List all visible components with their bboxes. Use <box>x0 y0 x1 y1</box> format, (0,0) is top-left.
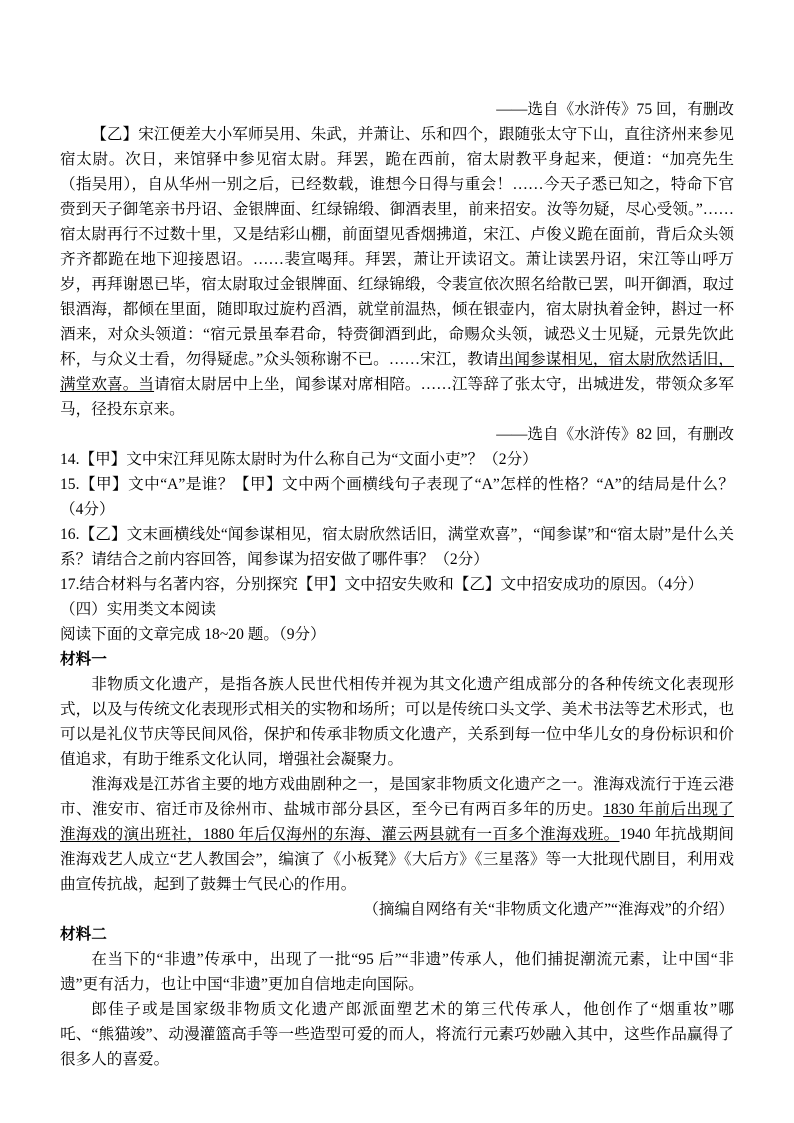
source-attribution-chapter-75: ——选自《水浒传》75 回，有删改 <box>60 97 734 122</box>
passage-yi-text-after-underline: 请宿太尉居中上坐，闻参谋对席相陪。……江等辞了张太守，出城进发，带领众多军马，径… <box>60 376 734 418</box>
material-1-source-attribution: （摘编自网络有关“非物质文化遗产”“淮海戏”的介绍） <box>60 897 734 922</box>
material-1-paragraph-1: 非物质文化遗产，是指各族人民世代相传并视为其文化遗产组成部分的各种传统文化表现形… <box>60 672 734 772</box>
passage-yi-text-before-underline: 【乙】宋江便差大小军师吴用、朱武，并萧让、乐和四个，跟随张太守下山，直往济州来参… <box>60 126 734 368</box>
section-4-instruction: 阅读下面的文章完成 18~20 题。（9分） <box>60 622 734 647</box>
source-attribution-chapter-82: ——选自《水浒传》82 回，有删改 <box>60 422 734 447</box>
material-1-title: 材料一 <box>60 647 734 672</box>
material-2-paragraph-2: 郎佳子或是国家级非物质文化遗产郎派面塑艺术的第三代传承人，他创作了“烟重妆”哪吒… <box>60 997 734 1072</box>
section-4-heading: （四）实用类文本阅读 <box>60 597 734 622</box>
passage-yi: 【乙】宋江便差大小军师吴用、朱武，并萧让、乐和四个，跟随张太守下山，直往济州来参… <box>60 122 734 422</box>
question-15: 15.【甲】文中“A”是谁？【甲】文中两个画横线句子表现了“A”怎样的性格？“A… <box>60 472 734 522</box>
question-17: 17.结合材料与名著内容，分别探究【甲】文中招安失败和【乙】文中招安成功的原因。… <box>60 572 734 597</box>
exam-paper-page: ——选自《水浒传》75 回，有删改 【乙】宋江便差大小军师吴用、朱武，并萧让、乐… <box>0 0 794 1123</box>
material-2-paragraph-1: 在当下的“非遗”传承中，出现了一批“95 后”“非遗”传承人，他们捕捉潮流元素，… <box>60 947 734 997</box>
material-2-title: 材料二 <box>60 922 734 947</box>
question-14: 14.【甲】文中宋江拜见陈太尉时为什么称自己为“文面小吏”？（2分） <box>60 447 734 472</box>
material-1-paragraph-2: 淮海戏是江苏省主要的地方戏曲剧种之一，是国家非物质文化遗产之一。淮海戏流行于连云… <box>60 772 734 897</box>
question-16: 16.【乙】文末画横线处“闻参谋相见，宿太尉欣然话旧，满堂欢喜”，“闻参谋”和“… <box>60 522 734 572</box>
